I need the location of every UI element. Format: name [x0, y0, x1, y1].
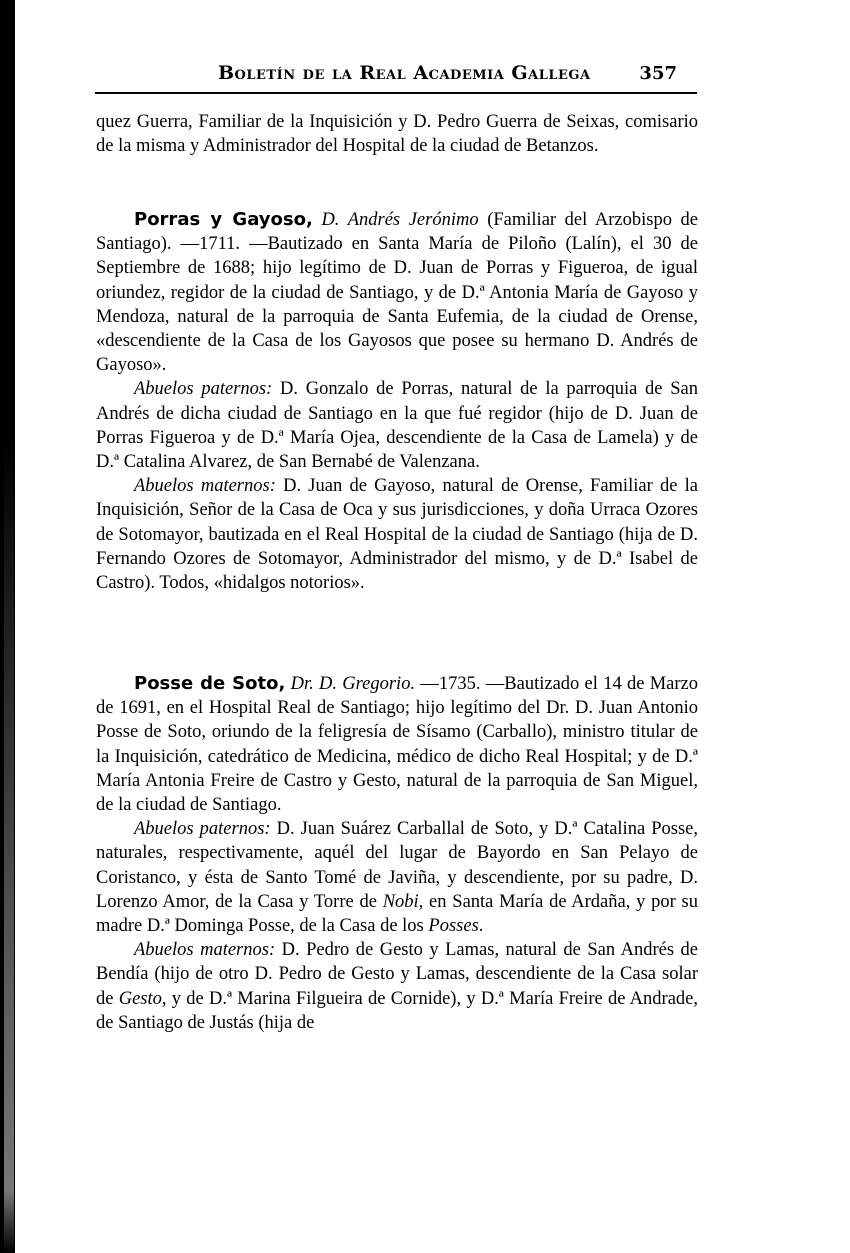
- entry-surname: Posse de Soto,: [134, 673, 285, 694]
- entry-given-name: D. Andrés Jerónimo: [321, 210, 478, 230]
- place-name-italic: Nobi: [383, 892, 419, 912]
- house-name-italic: Gesto: [119, 989, 162, 1009]
- entry-porras-y-gayoso: Porras y Gayoso, D. Andrés Jerónimo (Fam…: [96, 208, 698, 595]
- paternal-grandparents-paragraph: Abuelos paternos: D. Juan Suárez Carball…: [96, 817, 698, 938]
- entry-surname: Porras y Gayoso,: [134, 209, 313, 230]
- maternal-text: , y de D.ª Marina Filgueira de Cornide),…: [96, 989, 698, 1033]
- paternal-label: Abuelos paternos:: [134, 379, 272, 399]
- maternal-label: Abuelos maternos:: [134, 940, 275, 960]
- maternal-grandparents-paragraph: Abuelos maternos: D. Pedro de Gesto y La…: [96, 938, 698, 1035]
- intro-paragraph-block: quez Guerra, Familiar de la Inquisición …: [96, 110, 698, 158]
- page-number: 357: [639, 63, 677, 84]
- scan-binding-edge: [0, 0, 15, 1253]
- entry-body: (Familiar del Arzobispo de Santiago). —1…: [96, 210, 698, 375]
- entry-main-paragraph: Posse de Soto, Dr. D. Gregorio. —1735. —…: [96, 672, 698, 817]
- paternal-text: .: [479, 916, 484, 936]
- running-header: Boletín de la Real Academia Gallega 357: [95, 62, 697, 92]
- scan-binding-shadow: [4, 0, 14, 1253]
- paternal-label: Abuelos paternos:: [134, 819, 271, 839]
- intro-paragraph: quez Guerra, Familiar de la Inquisición …: [96, 110, 698, 158]
- family-name-italic: Posses: [428, 916, 478, 936]
- paternal-grandparents-paragraph: Abuelos paternos: D. Gonzalo de Porras, …: [96, 377, 698, 474]
- header-rule: [95, 92, 697, 94]
- entry-posse-de-soto: Posse de Soto, Dr. D. Gregorio. —1735. —…: [96, 672, 698, 1035]
- entry-body: —1735. —Bautizado el 14 de Marzo de 1691…: [96, 674, 698, 815]
- entry-main-paragraph: Porras y Gayoso, D. Andrés Jerónimo (Fam…: [96, 208, 698, 377]
- journal-title: Boletín de la Real Academia Gallega: [218, 62, 591, 84]
- maternal-label: Abuelos maternos:: [134, 476, 276, 496]
- maternal-grandparents-paragraph: Abuelos maternos: D. Juan de Gayoso, nat…: [96, 474, 698, 595]
- entry-given-name: Dr. D. Gregorio.: [291, 674, 416, 694]
